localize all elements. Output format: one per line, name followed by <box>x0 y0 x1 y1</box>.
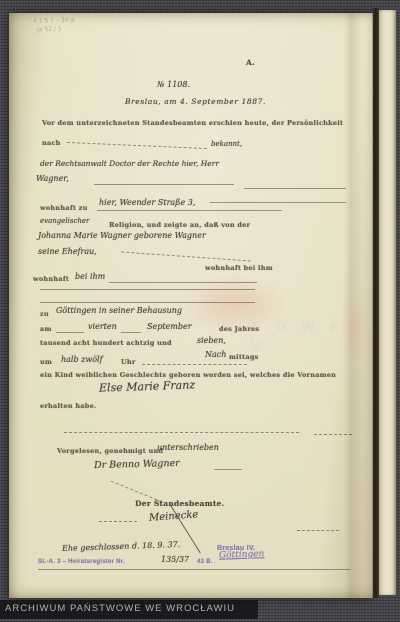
year-printed: tausend acht hundert achtzig und <box>40 339 172 347</box>
fill-line <box>67 142 207 149</box>
fill-line <box>40 289 255 290</box>
stamp-place-handwritten: Göttingen <box>219 549 265 561</box>
marriage-ink-note: Ehe geschlossen d. 18. 9. 37. <box>62 540 180 553</box>
mother-residence-label: wohnhaft <box>33 275 69 283</box>
hour-label: um <box>40 358 52 366</box>
hour-value: halb zwölf <box>61 355 103 364</box>
date-label: am <box>40 325 52 333</box>
stamp-register-number: 135/37 <box>161 555 189 564</box>
fill-line <box>244 188 346 189</box>
mother-residence-note: wohnhaft bei ihm <box>205 264 273 272</box>
declarant-signature: Dr Benno Wagner <box>94 458 180 471</box>
fill-line <box>142 364 247 365</box>
ink-smudge <box>339 288 371 363</box>
fill-line <box>214 469 242 470</box>
declarant-name-line1: der Rechtsanwalt Doctor der Rechte hier,… <box>40 159 219 168</box>
year-value: sieben, <box>197 336 226 345</box>
hour-unit: Uhr <box>121 358 136 366</box>
residence-value: hier, Weender Straße 3, <box>99 198 195 207</box>
pencil-annotation-line1: 4 1 5 7 – 34 g <box>33 16 74 24</box>
closing-printed: Vorgelesen, genehmigt und <box>57 447 163 455</box>
mother-relation: seine Ehefrau, <box>38 247 97 256</box>
fill-line <box>314 434 352 435</box>
mother-name: Johanna Marie Wagner geborene Wagner <box>38 231 206 240</box>
pencil-annotation-line2: Ja 52 / 5 <box>37 26 62 34</box>
religion-value: evangelischer <box>40 217 89 225</box>
known-prefix: nach <box>42 139 61 147</box>
archive-caption-text: ARCHIWUM PAŃSTWOWE WE WROCŁAWIU <box>5 603 235 614</box>
book-gutter-shadow <box>372 8 379 598</box>
known-suffix: bekannt, <box>211 140 242 148</box>
place-date-line: Breslau, am 4. September 1887. <box>125 97 266 106</box>
daytime-value: Nach <box>205 350 226 359</box>
year-label: des Jahres <box>219 325 259 333</box>
birth-day: vierten <box>88 322 117 331</box>
scanned-register-photo: 4 1 5 7 – 34 g Ja 52 / 5 W O W E U A. № … <box>0 0 400 622</box>
mother-residence-value: bei ihm <box>75 272 105 281</box>
birthplace-value: Göttingen in seiner Behausung <box>56 306 182 315</box>
fill-line <box>121 332 141 333</box>
intro-line: Vor dem unterzeichneten Standesbeamten e… <box>42 119 343 127</box>
fill-line <box>94 184 234 185</box>
footer-rule <box>38 569 350 570</box>
document-page: 4 1 5 7 – 34 g Ja 52 / 5 W O W E U A. № … <box>9 13 373 598</box>
child-names: Else Marie Franz <box>99 378 196 394</box>
closing-handwritten: unterschrieben <box>157 443 219 452</box>
stamp-register-suffix: 43 B. <box>197 559 213 565</box>
religion-line: Religion, und zeigte an, daß von der <box>109 221 250 229</box>
fill-line <box>64 432 299 433</box>
fill-line <box>210 202 346 203</box>
section-letter: A. <box>246 58 255 67</box>
fill-line <box>109 282 257 283</box>
received-line: erhalten habe. <box>40 402 96 410</box>
fill-line <box>121 251 251 261</box>
daytime-label: mittags <box>229 353 259 361</box>
residence-label: wohnhaft zu <box>40 204 88 212</box>
declarant-name-line2: Wagner, <box>36 174 69 183</box>
birth-month: September <box>147 322 192 331</box>
record-number: № 1108. <box>157 80 190 89</box>
adjacent-page-edge <box>379 10 396 595</box>
fill-line <box>40 302 255 303</box>
registrar-title: Der Standesbeamte. <box>135 499 224 508</box>
watermark-fragment-bottom: U <box>251 337 266 352</box>
fill-line <box>297 530 339 531</box>
fill-line <box>97 210 282 211</box>
fill-line <box>56 332 84 333</box>
stamp-register-text: St.-A. 3 – Heiratsregister Nr. <box>38 559 125 565</box>
fill-line <box>99 521 137 522</box>
birthplace-label: zu <box>40 310 49 318</box>
